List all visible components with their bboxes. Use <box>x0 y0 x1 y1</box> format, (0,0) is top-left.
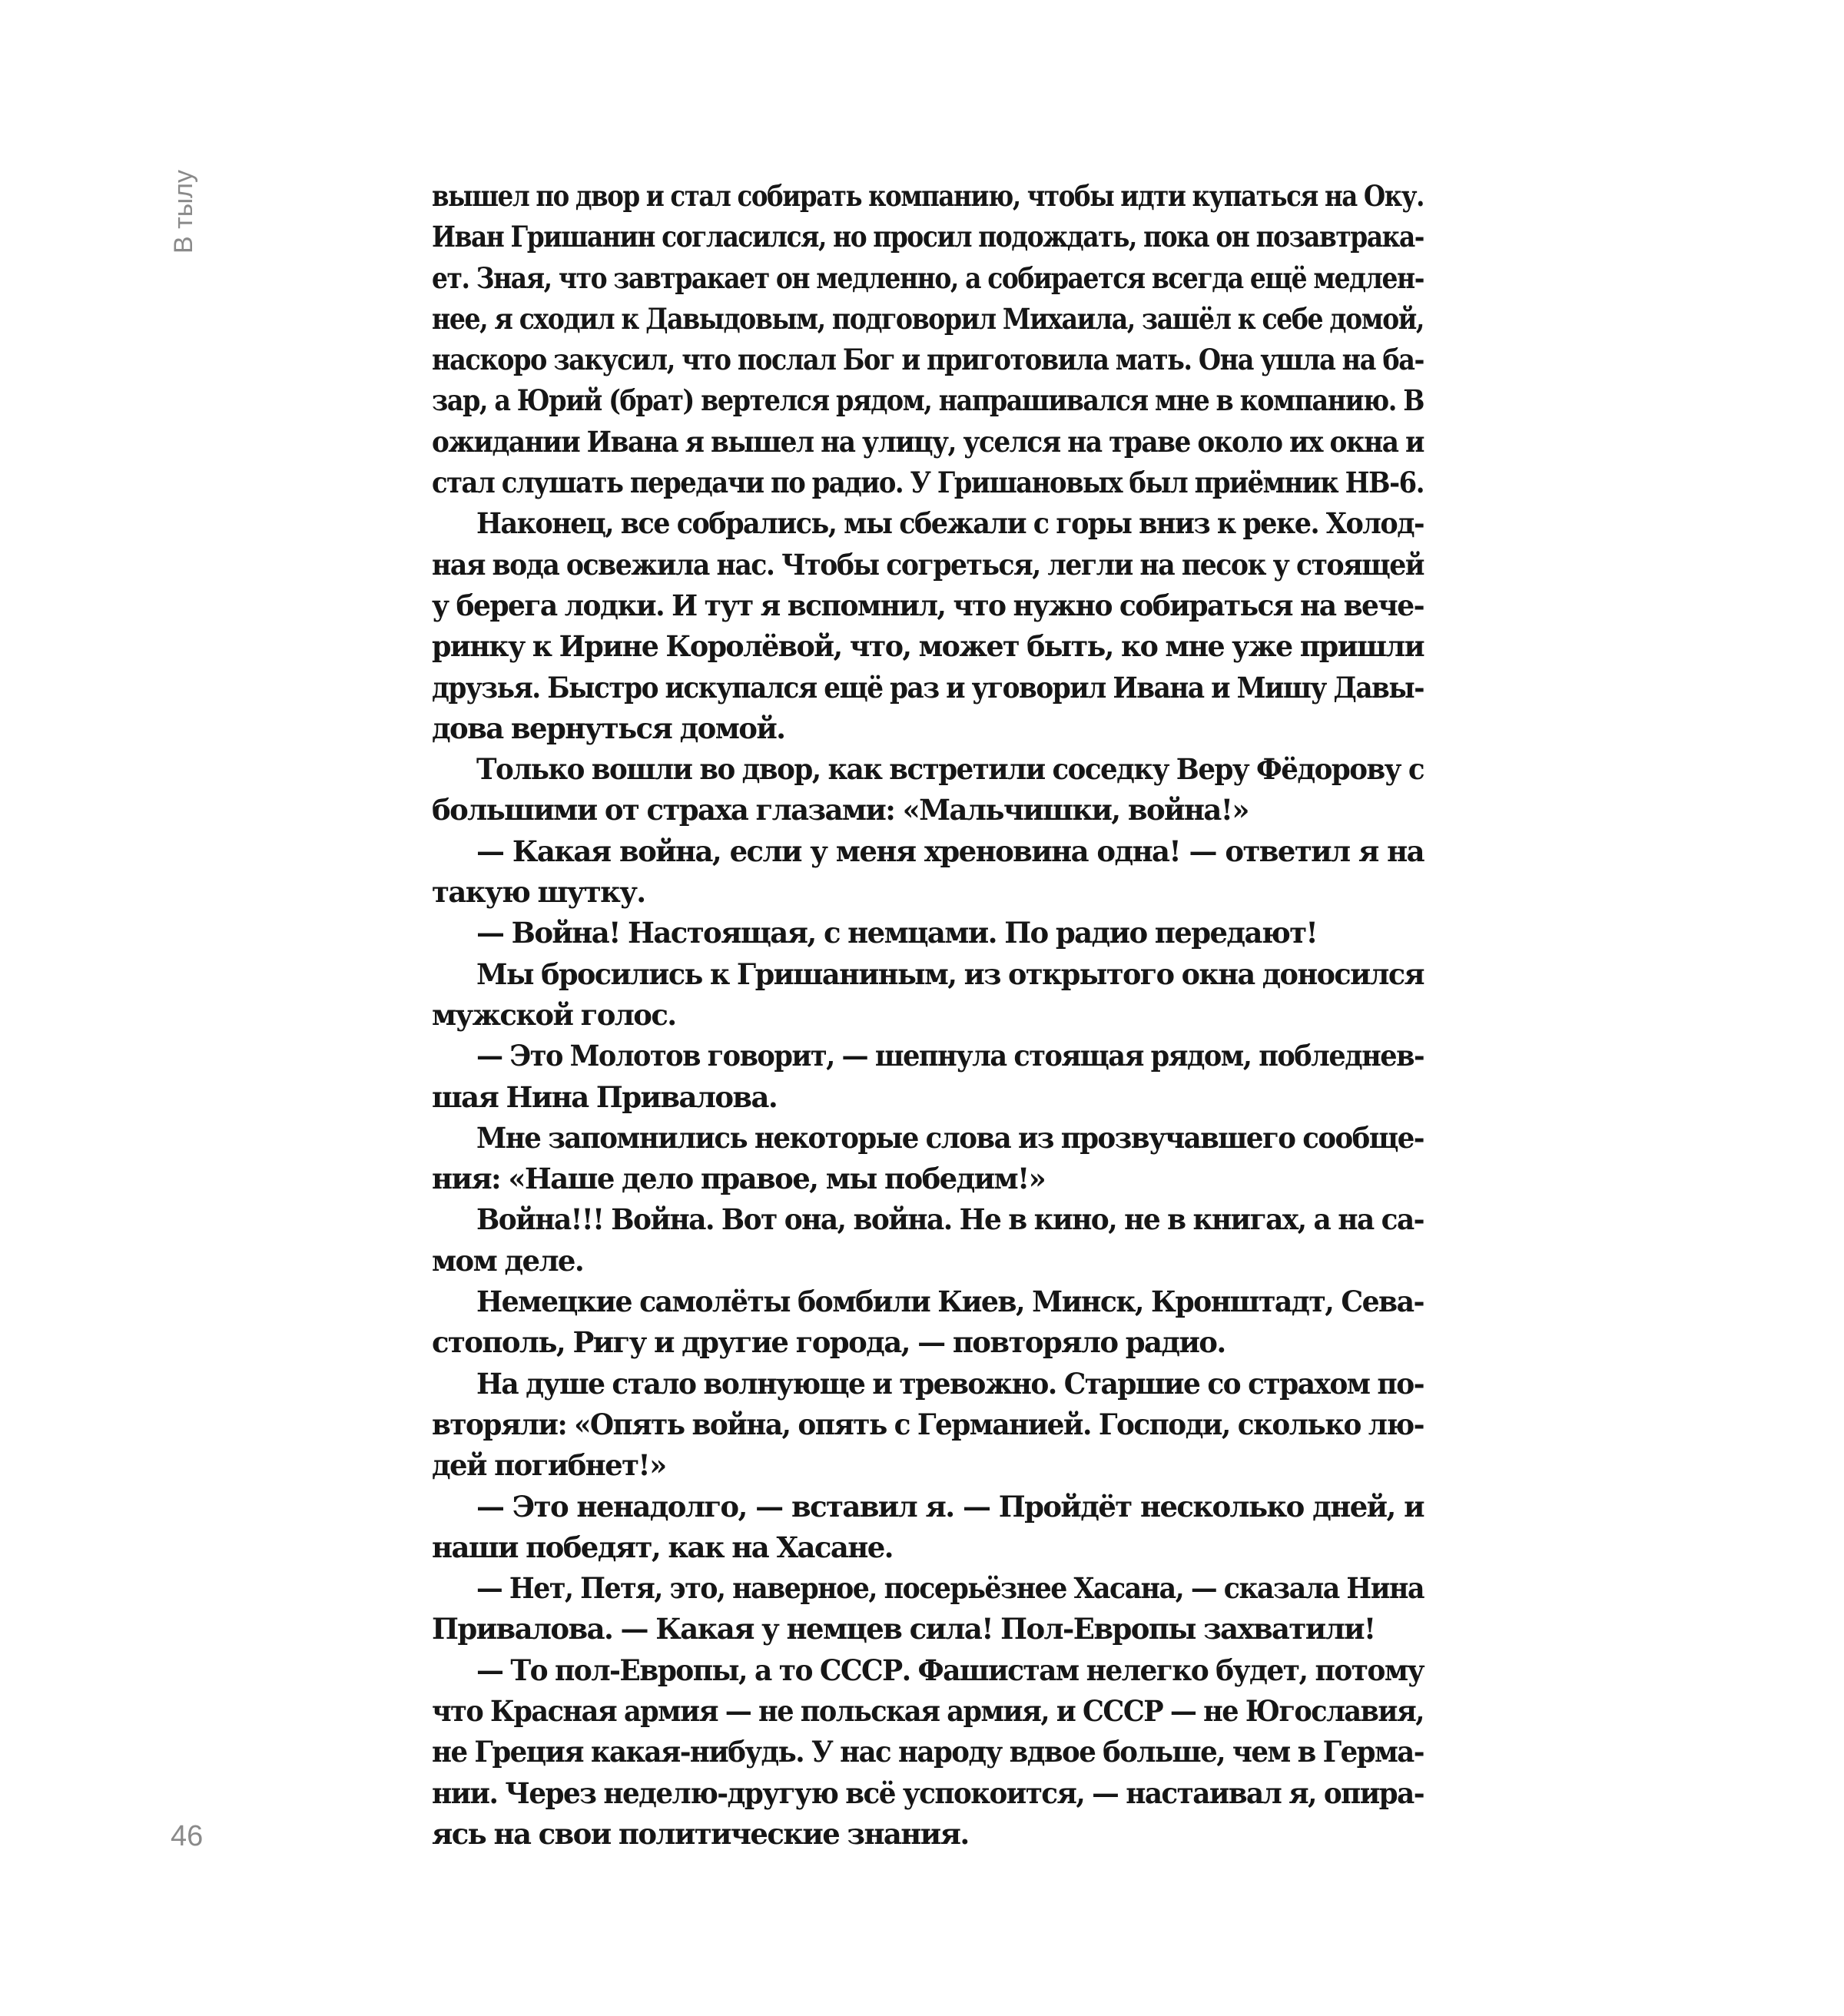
text-line: — Это ненадолго, — вставил я. — Пройдёт … <box>432 1487 1424 1527</box>
text-line: ясь на свои политические знания. <box>432 1814 1424 1855</box>
text-line: дей погибнет!» <box>432 1445 1424 1486</box>
text-line: ния: «Наше дело правое, мы победим!» <box>432 1159 1424 1199</box>
text-line: дова вернуться домой. <box>432 708 1424 749</box>
text-line: — Нет, Петя, это, наверное, посерьёзнее … <box>432 1568 1424 1609</box>
text-line: не Греция какая-нибудь. У нас народу вдв… <box>432 1732 1424 1772</box>
text-line: — Это Молотов говорит, — шепнула стоящая… <box>432 1036 1424 1076</box>
text-line: вторяли: «Опять война, опять с Германией… <box>432 1404 1424 1445</box>
text-line: ожидании Ивана я вышел на улицу, уселся … <box>432 422 1424 463</box>
text-line: Война!!! Война. Вот она, война. Не в кин… <box>432 1199 1424 1240</box>
text-line: нее, я сходил к Давыдовым, подговорил Ми… <box>432 299 1424 340</box>
text-line: большими от страха глазами: «Мальчишки, … <box>432 790 1424 831</box>
text-line: — То пол-Европы, а то СССР. Фашистам нел… <box>432 1650 1424 1691</box>
running-head: В тылу <box>171 170 197 254</box>
text-line: Немецкие самолёты бомбили Киев, Минск, К… <box>432 1282 1424 1322</box>
text-line: На душе стало волнующе и тревожно. Старш… <box>432 1364 1424 1404</box>
text-line: наши победят, как на Хасане. <box>432 1527 1424 1568</box>
text-line: ная вода освежила нас. Чтобы согреться, … <box>432 545 1424 585</box>
text-line: шая Нина Привалова. <box>432 1077 1424 1118</box>
text-line: Иван Гришанин согласился, но просил подо… <box>432 217 1424 257</box>
text-line: Мы бросились к Гришаниным, из открытого … <box>432 954 1424 995</box>
text-line: Наконец, все собрались, мы сбежали с гор… <box>432 503 1424 544</box>
text-line: что Красная армия — не польская армия, и… <box>432 1691 1424 1732</box>
text-line: мом деле. <box>432 1241 1424 1282</box>
text-line: стополь, Ригу и другие города, — повторя… <box>432 1322 1424 1363</box>
text-line: такую шутку. <box>432 872 1424 913</box>
body-text: вышел по двор и стал собирать компанию, … <box>432 176 1424 1855</box>
text-line: наскоро закусил, что послал Бог и пригот… <box>432 340 1424 380</box>
text-line: друзья. Быстро искупался ещё раз и угово… <box>432 668 1424 708</box>
text-line: мужской голос. <box>432 995 1424 1036</box>
text-line: ет. Зная, что завтракает он медленно, а … <box>432 258 1424 299</box>
text-line: Только вошли во двор, как встретили сосе… <box>432 749 1424 790</box>
text-line: зар, а Юрий (брат) вертелся рядом, напра… <box>432 380 1424 421</box>
text-line: вышел по двор и стал собирать компанию, … <box>432 176 1424 217</box>
text-line: ринку к Ирине Королёвой, что, может быть… <box>432 626 1424 667</box>
text-line: Мне запомнились некоторые слова из прозв… <box>432 1118 1424 1159</box>
text-line: Привалова. — Какая у немцев сила! Пол-Ев… <box>432 1609 1424 1650</box>
text-line: — Какая война, если у меня хреновина одн… <box>432 831 1424 872</box>
text-line: стал слушать передачи по радио. У Гришан… <box>432 463 1424 503</box>
page-number: 46 <box>171 1819 203 1853</box>
text-line: нии. Через неделю-другую всё успокоится,… <box>432 1773 1424 1814</box>
text-line: — Война! Настоящая, с немцами. По радио … <box>432 913 1424 953</box>
text-line: у берега лодки. И тут я вспомнил, что ну… <box>432 585 1424 626</box>
